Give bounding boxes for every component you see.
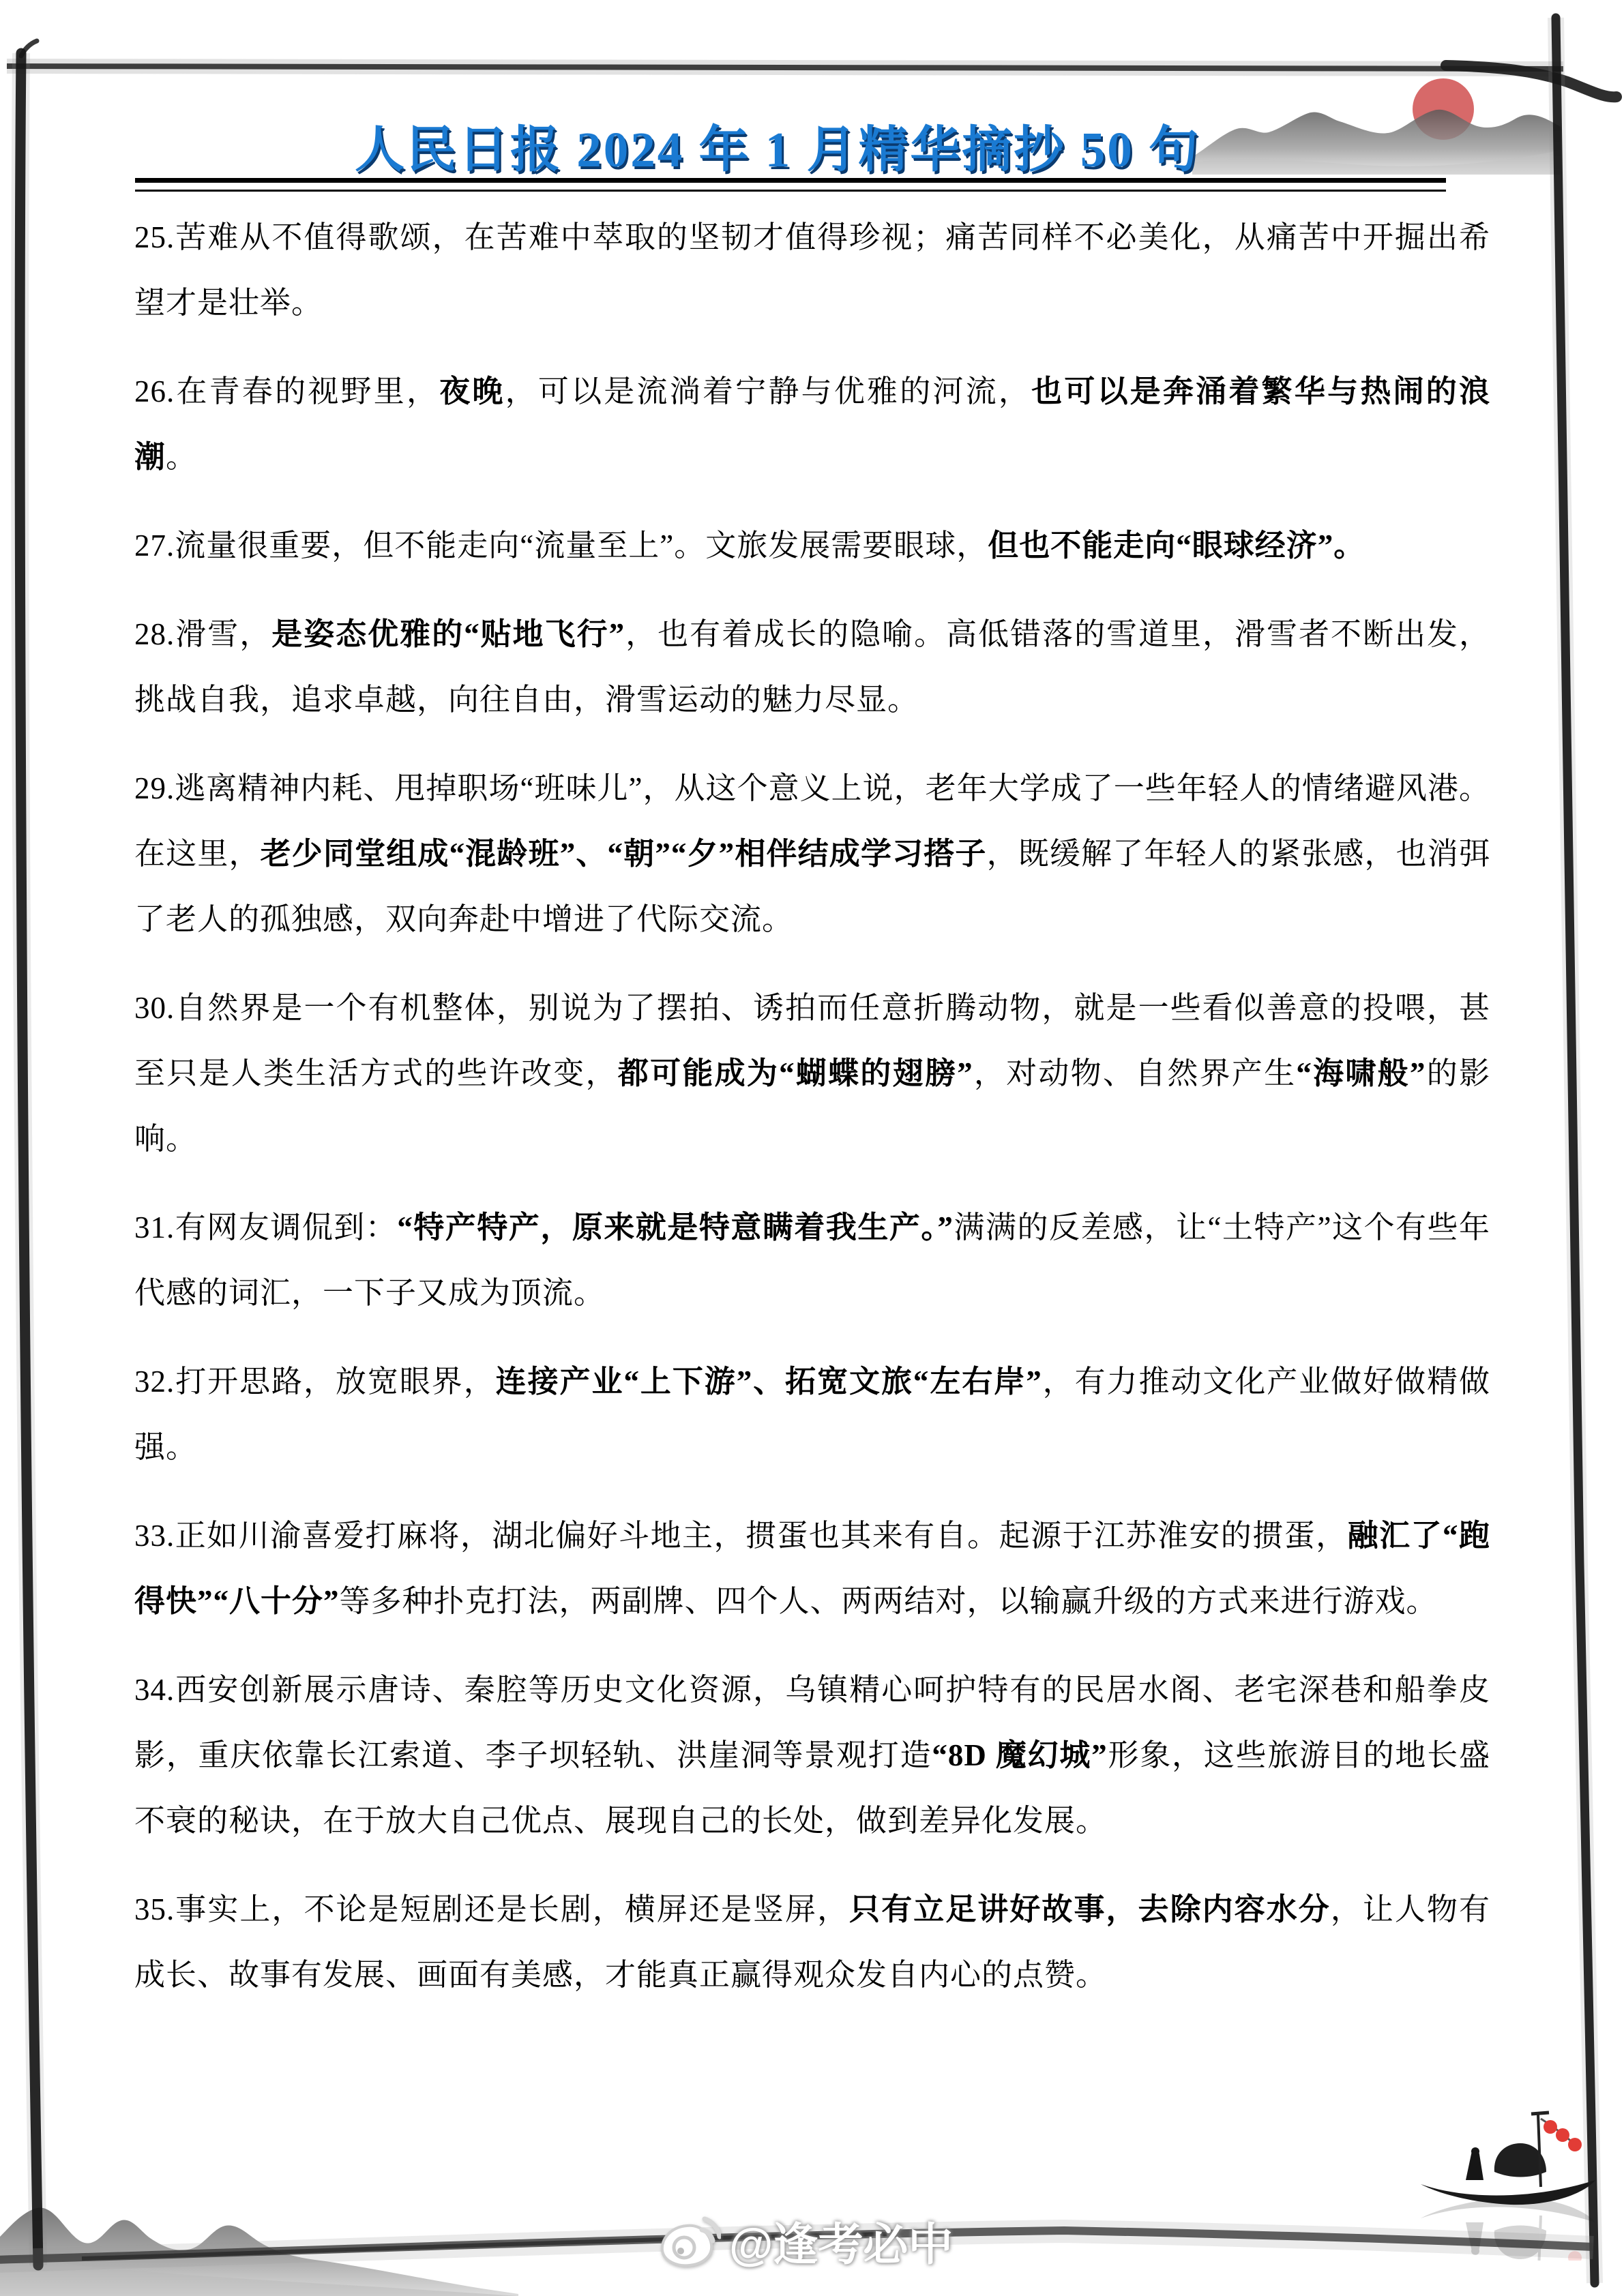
quote-text: 逃离精神内耗、甩掉职场“班味儿”，从这个意义上说，老年大学成了一些年轻人的情绪避… xyxy=(134,771,1490,936)
quote-text: 打开思路，放宽眼界，连接产业“上下游”、拓宽文旅“左右岸”，有力推动文化产业做好… xyxy=(134,1365,1490,1464)
quote-text: 苦难从不值得歌颂，在苦难中萃取的坚韧才值得珍视；痛苦同样不必美化，从痛苦中开掘出… xyxy=(134,220,1490,320)
flag-red-dot xyxy=(1544,2120,1557,2134)
quote-number: 33. xyxy=(134,1519,175,1553)
quote-number: 35. xyxy=(134,1892,175,1926)
quote-text: 在青春的视野里，夜晚，可以是流淌着宁静与优雅的河流，也可以是奔涌着繁华与热闹的浪… xyxy=(134,374,1490,474)
quote-number: 28. xyxy=(134,617,175,651)
quote-item: 26.在青春的视野里，夜晚，可以是流淌着宁静与优雅的河流，也可以是奔涌着繁华与热… xyxy=(134,359,1490,490)
quote-text: 滑雪，是姿态优雅的“贴地飞行”，也有着成长的隐喻。高低错落的雪道里，滑雪者不断出… xyxy=(134,617,1490,717)
quote-item: 28.滑雪，是姿态优雅的“贴地飞行”，也有着成长的隐喻。高低错落的雪道里，滑雪者… xyxy=(134,601,1490,732)
quote-number: 30. xyxy=(134,991,175,1025)
quote-item: 27.流量很重要，但不能走向“流量至上”。文旅发展需要眼球，但也不能走向“眼球经… xyxy=(134,513,1490,578)
quote-item: 35.事实上，不论是短剧还是长剧，横屏还是竖屏，只有立足讲好故事，去除内容水分，… xyxy=(134,1877,1490,2008)
quote-item: 29.逃离精神内耗、甩掉职场“班味儿”，从这个意义上说，老年大学成了一些年轻人的… xyxy=(134,756,1490,952)
ink-mountain-wash xyxy=(0,2201,518,2296)
quote-item: 32.打开思路，放宽眼界，连接产业“上下游”、拓宽文旅“左右岸”，有力推动文化产… xyxy=(134,1349,1490,1480)
quote-item: 31.有网友调侃到：“特产特产，原来就是特意瞒着我生产。”满满的反差感，让“土特… xyxy=(134,1195,1490,1326)
quote-number: 29. xyxy=(134,771,175,805)
quote-text: 流量很重要，但不能走向“流量至上”。文旅发展需要眼球，但也不能走向“眼球经济”。 xyxy=(175,528,1365,563)
quote-item: 33.正如川渝喜爱打麻将，湖北偏好斗地主，掼蛋也其来有自。起源于江苏淮安的掼蛋，… xyxy=(134,1503,1490,1634)
quote-text: 西安创新展示唐诗、秦腔等历史文化资源，乌镇精心呵护特有的民居水阁、老宅深巷和船拳… xyxy=(134,1673,1490,1838)
page-title: 人民日报 2024 年 1 月精华摘抄 50 句 xyxy=(136,109,1419,181)
quote-number: 25. xyxy=(134,220,175,254)
quote-item: 25.苦难从不值得歌颂，在苦难中萃取的坚韧才值得珍视；痛苦同样不必美化，从痛苦中… xyxy=(134,205,1490,336)
quote-text: 自然界是一个有机整体，别说为了摆拍、诱拍而任意折腾动物，就是一些看似善意的投喂，… xyxy=(134,991,1490,1156)
quote-number: 31. xyxy=(134,1210,175,1244)
watermark: @逢考必中 xyxy=(658,2208,953,2273)
ink-boat-red-flag xyxy=(1415,2104,1599,2261)
quote-text: 正如川渝喜爱打麻将，湖北偏好斗地主，掼蛋也其来有自。起源于江苏淮安的掼蛋，融汇了… xyxy=(134,1519,1490,1618)
title-divider xyxy=(135,178,1446,192)
quote-number: 27. xyxy=(134,528,175,563)
quote-number: 34. xyxy=(134,1673,175,1707)
quote-item: 34.西安创新展示唐诗、秦腔等历史文化资源，乌镇精心呵护特有的民居水阁、老宅深巷… xyxy=(134,1657,1490,1853)
quote-text: 事实上，不论是短剧还是长剧，横屏还是竖屏，只有立足讲好故事，去除内容水分，让人物… xyxy=(134,1892,1490,1992)
quote-number: 26. xyxy=(134,374,175,408)
quote-number: 32. xyxy=(134,1365,175,1399)
weibo-icon xyxy=(658,2213,721,2268)
watermark-handle: @逢考必中 xyxy=(729,2208,953,2273)
quote-item: 30.自然界是一个有机整体，别说为了摆拍、诱拍而任意折腾动物，就是一些看似善意的… xyxy=(134,975,1490,1172)
document-page: 人民日报 2024 年 1 月精华摘抄 50 句 25.苦难从不值得歌颂，在苦难… xyxy=(0,0,1624,2296)
quote-text: 有网友调侃到：“特产特产，原来就是特意瞒着我生产。”满满的反差感，让“土特产”这… xyxy=(134,1210,1490,1310)
quotes-list: 25.苦难从不值得歌颂，在苦难中萃取的坚韧才值得珍视；痛苦同样不必美化，从痛苦中… xyxy=(134,205,1490,2008)
